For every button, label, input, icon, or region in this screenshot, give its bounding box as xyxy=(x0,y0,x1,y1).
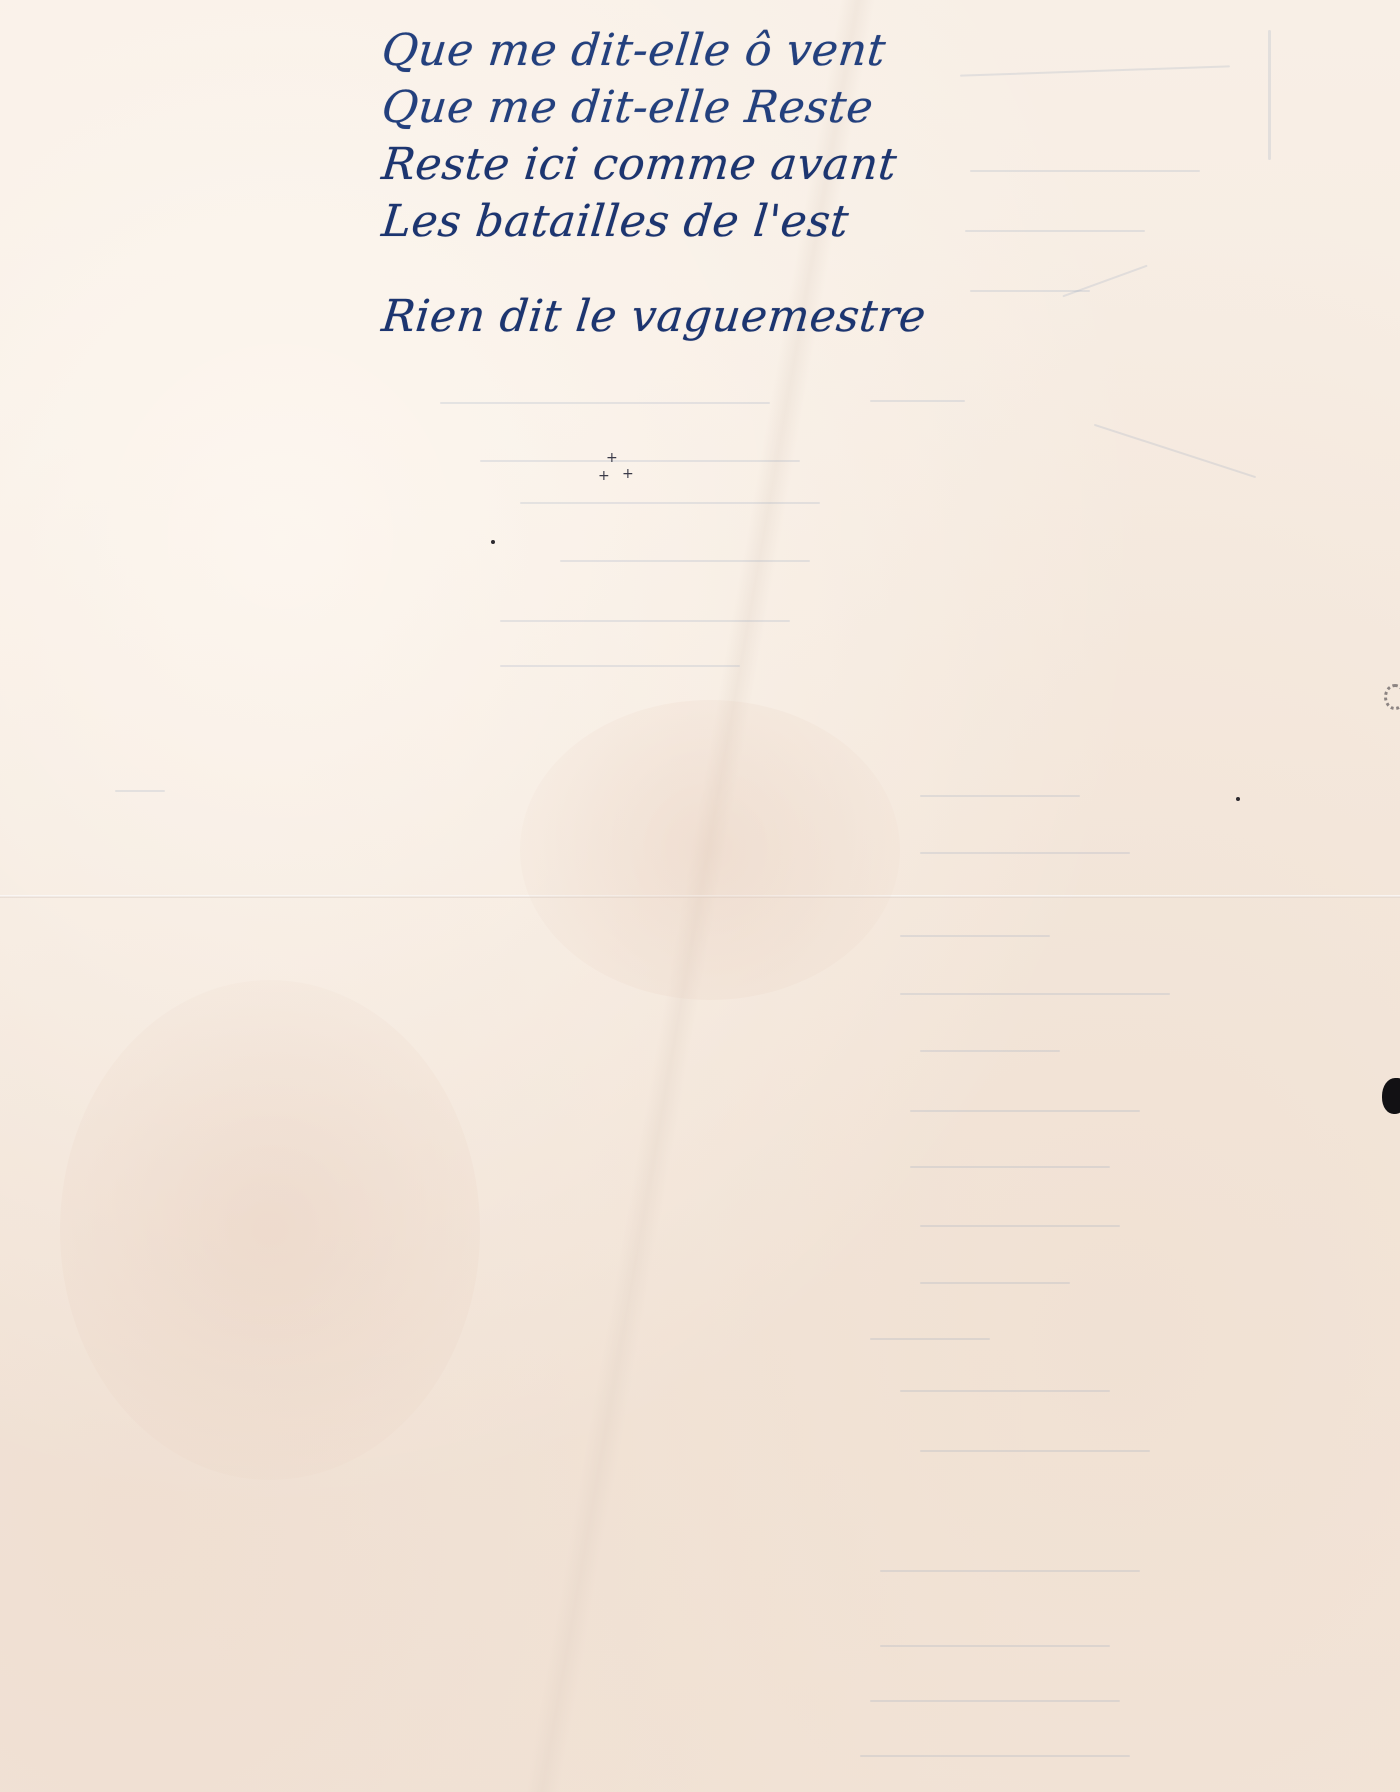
show-through-stroke xyxy=(870,400,965,402)
show-through-stroke xyxy=(1094,424,1256,478)
verse-line: Les batailles de l'est xyxy=(379,193,929,250)
show-through-stroke xyxy=(920,852,1130,854)
show-through-stroke xyxy=(1062,265,1147,298)
cross-mark: + xyxy=(622,466,634,482)
show-through-stroke xyxy=(910,1110,1140,1112)
show-through-stroke xyxy=(920,1225,1120,1227)
cross-mark: + xyxy=(598,468,610,484)
manuscript-sheet: Que me dit-elle ô vent Que me dit-elle R… xyxy=(0,0,1400,1792)
show-through-stroke xyxy=(115,790,165,792)
show-through-stroke xyxy=(900,935,1050,937)
verse-line: Rien dit le vaguemestre xyxy=(379,288,929,345)
show-through-stroke xyxy=(500,665,740,667)
show-through-stroke xyxy=(920,795,1080,797)
show-through-stroke xyxy=(520,502,820,504)
paper-stain xyxy=(60,980,480,1480)
show-through-stroke xyxy=(500,620,790,622)
show-through-stroke xyxy=(1268,30,1271,160)
show-through-stroke xyxy=(440,402,770,404)
show-through-stroke xyxy=(870,1338,990,1340)
show-through-stroke xyxy=(900,1390,1110,1392)
show-through-stroke xyxy=(910,1166,1110,1168)
cross-mark: + xyxy=(606,450,618,466)
show-through-stroke xyxy=(965,230,1145,232)
show-through-stroke xyxy=(880,1570,1140,1572)
ink-blot xyxy=(1382,1078,1400,1114)
show-through-stroke xyxy=(900,993,1170,995)
show-through-stroke xyxy=(870,1700,1120,1702)
show-through-stroke xyxy=(480,460,800,462)
show-through-stroke xyxy=(880,1645,1110,1647)
show-through-stroke xyxy=(560,560,810,562)
ink-dot xyxy=(491,540,495,544)
show-through-stroke xyxy=(860,1755,1130,1757)
paper-stain xyxy=(520,700,900,1000)
verse-line: Que me dit-elle ô vent xyxy=(379,22,929,79)
show-through-stroke xyxy=(920,1450,1150,1452)
verse-line: Reste ici comme avant xyxy=(379,136,929,193)
show-through-stroke xyxy=(970,170,1200,172)
ink-dot xyxy=(1236,797,1240,801)
ink-smudge xyxy=(1384,684,1400,710)
show-through-stroke xyxy=(960,65,1230,76)
handwritten-poem: Que me dit-elle ô vent Que me dit-elle R… xyxy=(382,22,926,345)
stanza-2: Rien dit le vaguemestre xyxy=(382,288,926,345)
stanza-1: Que me dit-elle ô vent Que me dit-elle R… xyxy=(382,22,926,250)
show-through-stroke xyxy=(920,1050,1060,1052)
verse-line: Que me dit-elle Reste xyxy=(379,79,929,136)
show-through-stroke xyxy=(920,1282,1070,1284)
